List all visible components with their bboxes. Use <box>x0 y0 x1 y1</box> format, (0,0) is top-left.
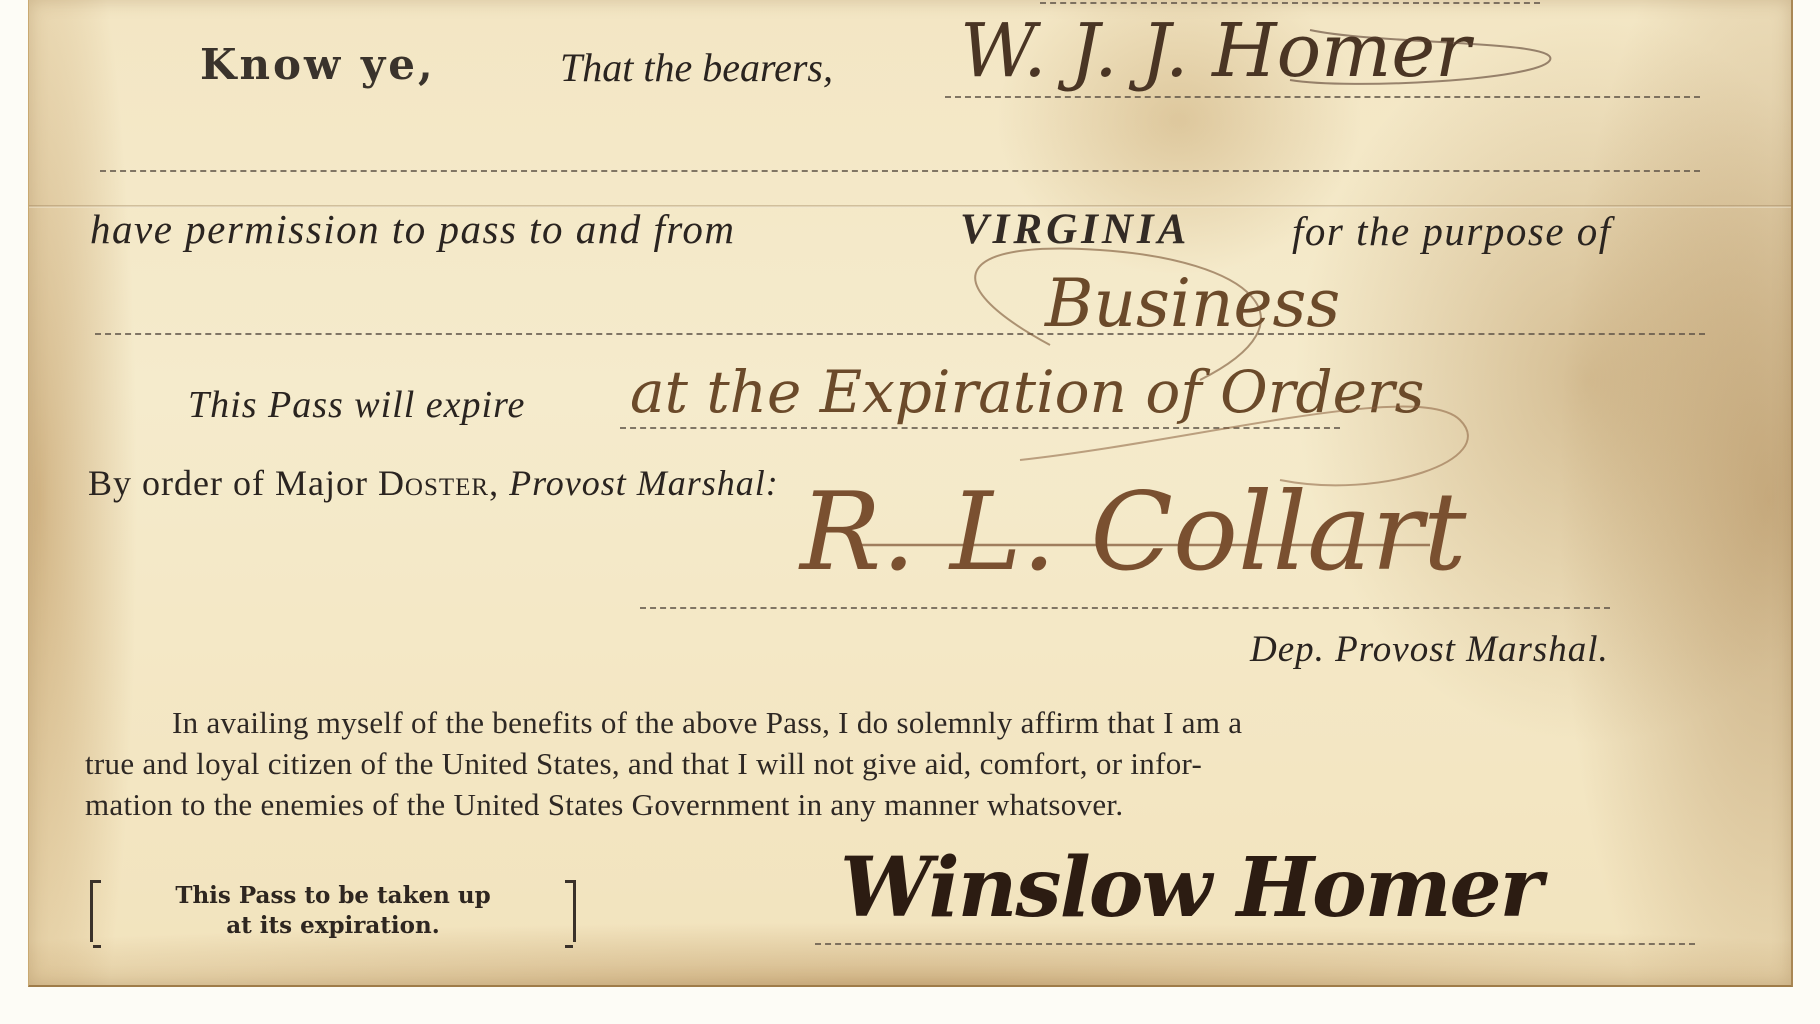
bearers-fill-line-2 <box>100 170 1700 172</box>
expiry-handwritten: at the Expiration of Orders <box>630 358 1424 426</box>
bearer-signature: Winslow Homer <box>840 840 1541 936</box>
know-ye-heading: Know ye, <box>200 40 436 89</box>
state-name: VIRGINIA <box>960 205 1190 254</box>
deputy-signature-line <box>640 607 1610 609</box>
oath-line-2: true and loyal citizen of the United Sta… <box>85 746 1202 782</box>
order-prefix: By order of Major Doster, Provost Marsha… <box>88 462 779 504</box>
note-line-2: at its expiration. <box>93 912 573 939</box>
purpose-label: for the purpose of <box>1292 207 1612 255</box>
expiry-fill-line <box>620 427 1340 429</box>
bearers-label: That the bearers, <box>560 44 833 91</box>
provost-title: Provost Marshal: <box>509 463 779 503</box>
top-fill-line <box>1040 2 1540 4</box>
major-name: Doster, <box>378 463 499 503</box>
order-prefix-text: By order of Major <box>88 463 368 503</box>
deputy-signature: R. L. Collart <box>800 470 1467 595</box>
deputy-title: Dep. Provost Marshal. <box>1250 628 1609 671</box>
bearers-fill-line <box>945 96 1700 98</box>
purpose-handwritten: Business <box>1045 265 1340 342</box>
bearers-handwritten: W. J. J. Homer <box>960 8 1471 94</box>
purpose-fill-line <box>95 333 1705 335</box>
note-line-1: This Pass to be taken up <box>93 882 573 909</box>
oath-line-3: mation to the enemies of the United Stat… <box>85 787 1123 823</box>
permission-text: have permission to pass to and from <box>90 205 735 253</box>
expiry-label: This Pass will expire <box>188 383 525 427</box>
oath-line-1: In availing myself of the benefits of th… <box>172 705 1242 741</box>
expiration-note: This Pass to be taken up at its expirati… <box>90 880 576 942</box>
bearer-signature-line <box>815 943 1695 945</box>
